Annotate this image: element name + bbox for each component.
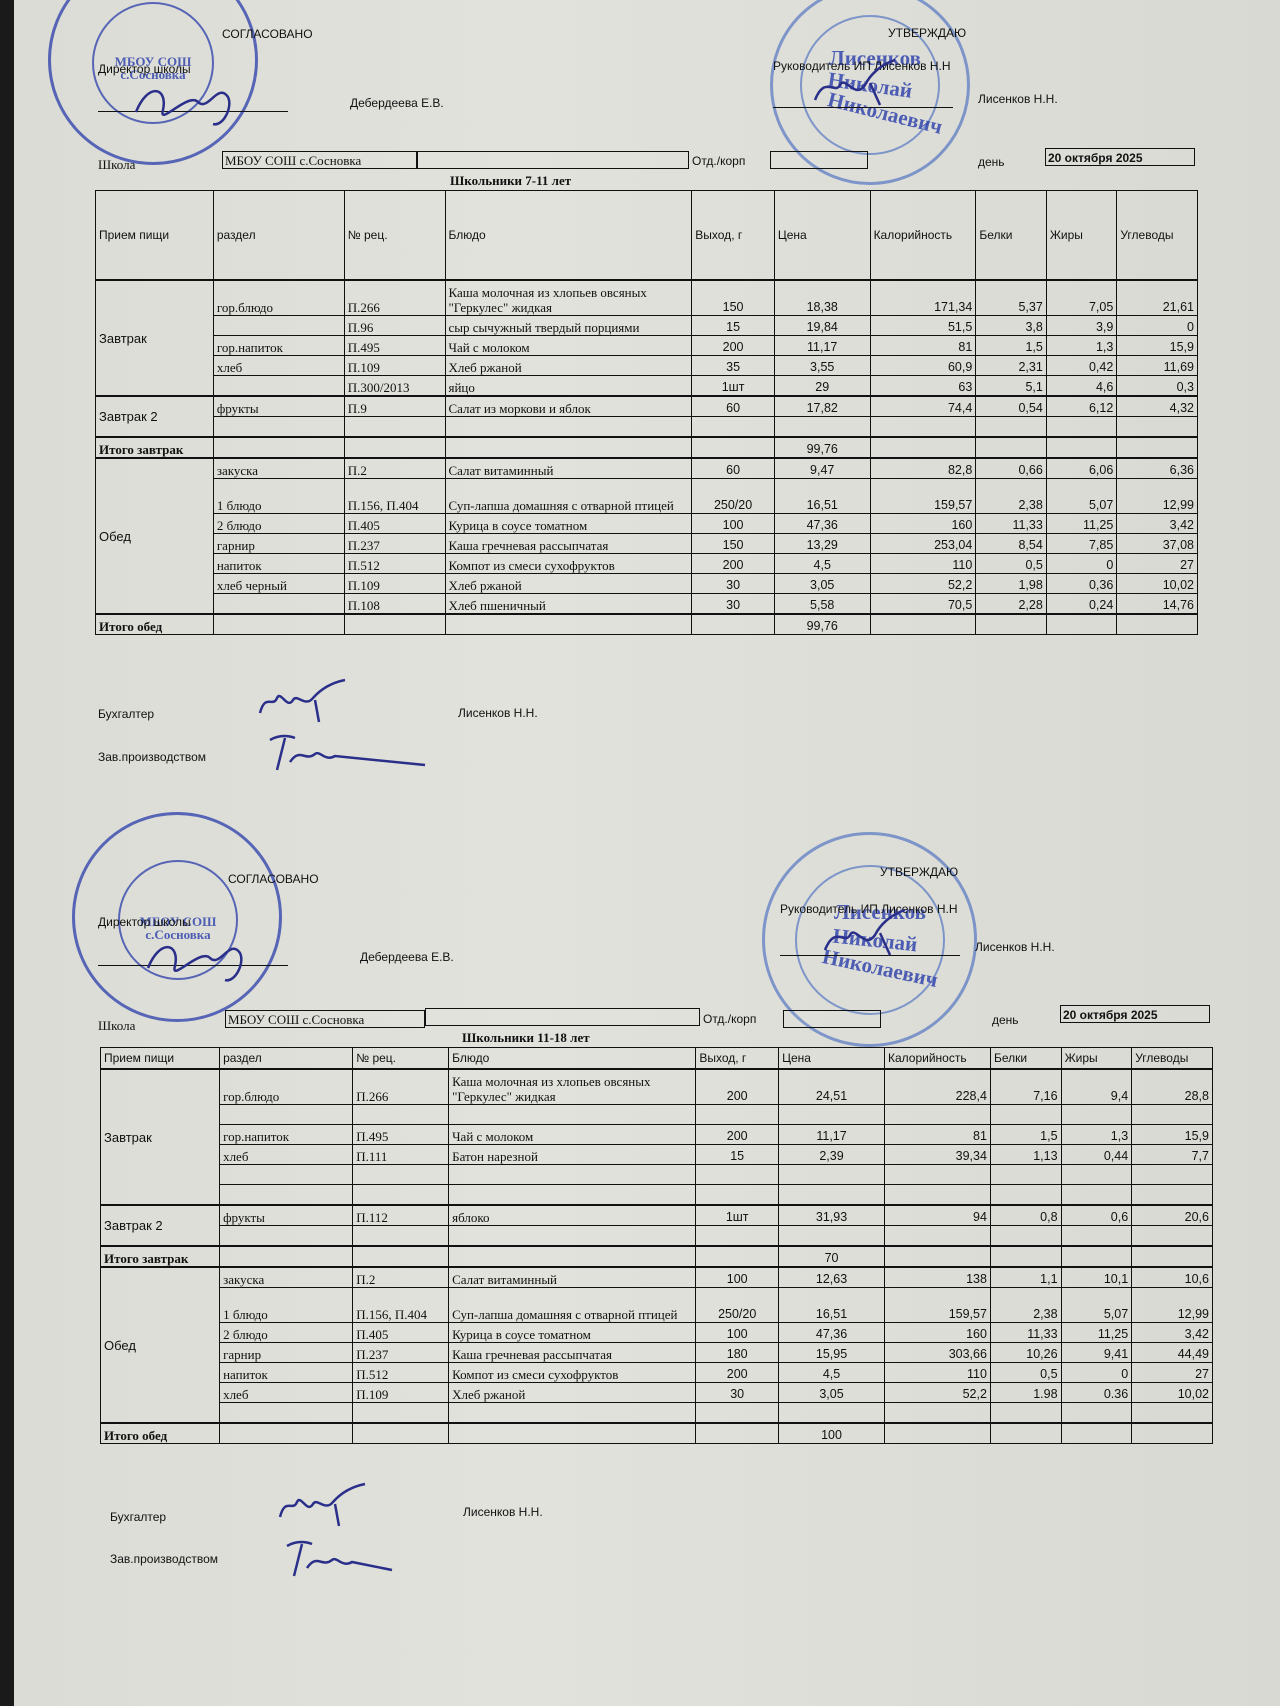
total-label: Итого обед (96, 614, 214, 635)
section-cell: хлеб (220, 1383, 353, 1403)
section-cell (220, 1226, 353, 1247)
calories-cell: 52,2 (885, 1383, 991, 1403)
fat-cell: 11,25 (1061, 1323, 1132, 1343)
recipe-cell: П.266 (353, 1069, 449, 1105)
recipe-cell: П.2 (353, 1267, 449, 1288)
approval-right-name: Лисенков Н.Н. (978, 92, 1058, 106)
approval-left-name: Дебердеева Е.В. (350, 96, 444, 110)
school-field: МБОУ СОШ с.Сосновка (222, 151, 417, 169)
calories-cell: 159,57 (885, 1288, 991, 1323)
calories-cell: 51,5 (870, 316, 976, 336)
calories-cell: 82,8 (870, 458, 976, 479)
empty-cell (990, 1246, 1061, 1267)
table-row: П.108Хлеб пшеничный305,5870,52,280,2414,… (96, 594, 1198, 615)
approval-left-title: СОГЛАСОВАНО (228, 872, 319, 886)
dish-cell: Батон нарезной (449, 1145, 696, 1165)
yield-cell: 1шт (692, 376, 775, 397)
yield-cell: 180 (696, 1343, 779, 1363)
empty-cell (1061, 1246, 1132, 1267)
empty-cell (1117, 614, 1198, 635)
menu-table: Прием пищираздел№ рец.БлюдоВыход, гЦенаК… (95, 190, 1198, 635)
total-row: Итого завтрак70 (101, 1246, 1213, 1267)
fat-cell: 4,6 (1046, 376, 1117, 397)
yield-cell: 100 (696, 1323, 779, 1343)
table-row: хлебП.109Хлеб ржаной303,0552,21.980.3610… (101, 1383, 1213, 1403)
carbs-cell: 0,3 (1117, 376, 1198, 397)
calories-cell: 81 (870, 336, 976, 356)
dish-cell: Хлеб ржаной (445, 356, 692, 376)
fat-cell: 1,3 (1046, 336, 1117, 356)
carbs-cell: 27 (1117, 554, 1198, 574)
recipe-cell: П.9 (344, 396, 445, 417)
yield-cell: 60 (692, 458, 775, 479)
carbs-cell: 27 (1132, 1363, 1213, 1383)
empty-cell (445, 437, 692, 458)
calories-cell: 39,34 (885, 1145, 991, 1165)
protein-cell: 5,1 (976, 376, 1047, 397)
recipe-cell: П.300/2013 (344, 376, 445, 397)
table-row: хлебП.111Батон нарезной152,3939,341,130,… (101, 1145, 1213, 1165)
empty-cell (1046, 614, 1117, 635)
calories-cell: 94 (885, 1205, 991, 1226)
section-cell (220, 1105, 353, 1125)
section-cell: фрукты (220, 1205, 353, 1226)
empty-cell (1132, 1246, 1213, 1267)
section-cell: хлеб (213, 356, 344, 376)
accountant-label: Бухгалтер (98, 707, 154, 721)
dish-cell: Хлеб пшеничный (445, 594, 692, 615)
price-cell: 47,36 (779, 1323, 885, 1343)
carbs-cell: 11,69 (1117, 356, 1198, 376)
approval-left-role: Директор школы (98, 915, 191, 929)
school-field: МБОУ СОШ с.Сосновка (225, 1010, 425, 1028)
protein-cell: 0,66 (976, 458, 1047, 479)
price-cell: 24,51 (779, 1069, 885, 1105)
table-row (96, 417, 1198, 438)
total-price: 99,76 (774, 437, 870, 458)
meal-cell: Завтрак 2 (101, 1205, 220, 1246)
calories-cell (885, 1403, 991, 1424)
table-header-row: Прием пищираздел№ рец.БлюдоВыход, гЦенаК… (101, 1048, 1213, 1070)
section-cell: напиток (213, 554, 344, 574)
dish-cell: Каша молочная из хлопьев овсяных "Геркул… (445, 280, 692, 316)
price-cell: 31,93 (779, 1205, 885, 1226)
yield-cell: 150 (692, 280, 775, 316)
calories-cell: 110 (870, 554, 976, 574)
calories-cell: 52,2 (870, 574, 976, 594)
fat-cell: 11,25 (1046, 514, 1117, 534)
carbs-cell: 4,32 (1117, 396, 1198, 417)
menu-table: Прием пищираздел№ рец.БлюдоВыход, гЦенаК… (100, 1047, 1213, 1444)
protein-cell: 1,5 (990, 1125, 1061, 1145)
approval-right-title: УТВЕРЖДАЮ (880, 865, 958, 879)
calories-cell: 253,04 (870, 534, 976, 554)
table-row: П.300/2013яйцо1шт29635,14,60,3 (96, 376, 1198, 397)
school-label: Школа (98, 157, 135, 173)
table-row: Завтракгор.блюдоП.266Каша молочная из хл… (101, 1069, 1213, 1105)
column-header: раздел (213, 191, 344, 281)
column-header: № рец. (353, 1048, 449, 1070)
price-cell: 29 (774, 376, 870, 397)
column-header: Калорийность (870, 191, 976, 281)
ip-signature-icon (810, 55, 910, 115)
recipe-cell: П.266 (344, 280, 445, 316)
section-cell (213, 376, 344, 397)
carbs-cell: 37,08 (1117, 534, 1198, 554)
yield-cell: 30 (696, 1383, 779, 1403)
protein-cell: 8,54 (976, 534, 1047, 554)
carbs-cell: 21,61 (1117, 280, 1198, 316)
protein-cell (990, 1165, 1061, 1185)
protein-cell: 1,1 (990, 1267, 1061, 1288)
table-row: ОбедзакускаП.2Салат витаминный10012,6313… (101, 1267, 1213, 1288)
accountant-signature-icon (255, 678, 355, 723)
yield-cell: 15 (696, 1145, 779, 1165)
column-header: Цена (779, 1048, 885, 1070)
meal-cell: Обед (101, 1267, 220, 1423)
carbs-cell (1132, 1165, 1213, 1185)
fat-cell: 0,24 (1046, 594, 1117, 615)
section-cell (220, 1185, 353, 1206)
dish-cell: Каша гречневая рассыпчатая (445, 534, 692, 554)
price-cell (774, 417, 870, 438)
calories-cell: 160 (870, 514, 976, 534)
fat-cell (1061, 1185, 1132, 1206)
production-label: Зав.производством (110, 1552, 218, 1566)
fat-cell: 9,4 (1061, 1069, 1132, 1105)
protein-cell (990, 1185, 1061, 1206)
carbs-cell: 3,42 (1117, 514, 1198, 534)
school-extra-field (417, 151, 689, 169)
fat-cell: 0,42 (1046, 356, 1117, 376)
protein-cell: 1,5 (976, 336, 1047, 356)
yield-cell (696, 1105, 779, 1125)
director-signature-icon (128, 72, 248, 132)
section-cell: напиток (220, 1363, 353, 1383)
fat-cell: 7,85 (1046, 534, 1117, 554)
empty-cell (990, 1423, 1061, 1444)
fat-cell (1061, 1403, 1132, 1424)
price-cell: 3,05 (774, 574, 870, 594)
accountant-label: Бухгалтер (110, 1510, 166, 1524)
yield-cell: 200 (692, 336, 775, 356)
table-row (101, 1185, 1213, 1206)
section-cell: 2 блюдо (213, 514, 344, 534)
recipe-cell: П.112 (353, 1205, 449, 1226)
yield-cell (696, 1403, 779, 1424)
column-header: Жиры (1046, 191, 1117, 281)
carbs-cell: 15,9 (1117, 336, 1198, 356)
fat-cell: 1,3 (1061, 1125, 1132, 1145)
approval-right-title: УТВЕРЖДАЮ (888, 26, 966, 40)
recipe-cell: П.2 (344, 458, 445, 479)
section-cell (213, 316, 344, 336)
protein-cell: 1,13 (990, 1145, 1061, 1165)
protein-cell: 1.98 (990, 1383, 1061, 1403)
column-header: Жиры (1061, 1048, 1132, 1070)
table-row: гарнирП.237Каша гречневая рассыпчатая150… (96, 534, 1198, 554)
protein-cell: 2,28 (976, 594, 1047, 615)
recipe-cell: П.495 (353, 1125, 449, 1145)
empty-cell (1061, 1423, 1132, 1444)
table-row: 1 блюдоП.156, П.404Суп-лапша домашняя с … (96, 479, 1198, 514)
meal-cell: Завтрак 2 (96, 396, 214, 437)
column-header: Прием пищи (96, 191, 214, 281)
carbs-cell (1132, 1226, 1213, 1247)
section-cell: закуска (213, 458, 344, 479)
approval-left-name: Дебердеева Е.В. (360, 950, 454, 964)
carbs-cell (1117, 417, 1198, 438)
yield-cell: 150 (692, 534, 775, 554)
table-row: П.96сыр сычужный твердый порциями1519,84… (96, 316, 1198, 336)
price-cell: 5,58 (774, 594, 870, 615)
empty-cell (870, 614, 976, 635)
table-row: Завтрак 2фруктыП.9Салат из моркови и ябл… (96, 396, 1198, 417)
protein-cell (990, 1105, 1061, 1125)
price-cell: 16,51 (774, 479, 870, 514)
table-row: Завтракгор.блюдоП.266Каша молочная из хл… (96, 280, 1198, 316)
total-price: 99,76 (774, 614, 870, 635)
carbs-cell: 0 (1117, 316, 1198, 336)
fat-cell (1046, 417, 1117, 438)
carbs-cell: 10,02 (1132, 1383, 1213, 1403)
empty-cell (1117, 437, 1198, 458)
fat-cell: 0 (1046, 554, 1117, 574)
fat-cell: 0,44 (1061, 1145, 1132, 1165)
section-cell: 1 блюдо (213, 479, 344, 514)
table-row: гарнирП.237Каша гречневая рассыпчатая180… (101, 1343, 1213, 1363)
total-row: Итого завтрак99,76 (96, 437, 1198, 458)
table-row: 2 блюдоП.405Курица в соусе томатном10047… (96, 514, 1198, 534)
calories-cell: 81 (885, 1125, 991, 1145)
empty-cell (696, 1423, 779, 1444)
yield-cell: 250/20 (692, 479, 775, 514)
section-cell: 1 блюдо (220, 1288, 353, 1323)
dish-cell (449, 1403, 696, 1424)
column-header: Белки (976, 191, 1047, 281)
carbs-cell: 28,8 (1132, 1069, 1213, 1105)
recipe-cell: П.109 (344, 574, 445, 594)
calories-cell: 70,5 (870, 594, 976, 615)
calories-cell: 160 (885, 1323, 991, 1343)
section-cell: гор.напиток (220, 1125, 353, 1145)
table-row (101, 1105, 1213, 1125)
dish-cell: Хлеб ржаной (445, 574, 692, 594)
section-cell: фрукты (213, 396, 344, 417)
fat-cell (1061, 1165, 1132, 1185)
dish-cell: Чай с молоком (449, 1125, 696, 1145)
school-label: Школа (98, 1018, 135, 1034)
table-row (101, 1226, 1213, 1247)
empty-cell (692, 437, 775, 458)
yield-cell: 100 (696, 1267, 779, 1288)
calories-cell: 159,57 (870, 479, 976, 514)
fat-cell: 5,07 (1061, 1288, 1132, 1323)
dish-cell: Салат витаминный (449, 1267, 696, 1288)
price-cell: 16,51 (779, 1288, 885, 1323)
dish-cell: Каша молочная из хлопьев овсяных "Геркул… (449, 1069, 696, 1105)
column-header: Выход, г (692, 191, 775, 281)
production-signature-icon (282, 1538, 402, 1578)
calories-cell: 171,34 (870, 280, 976, 316)
production-signature-icon (265, 732, 445, 772)
yield-cell: 200 (692, 554, 775, 574)
table-row (101, 1165, 1213, 1185)
dept-label: Отд./корп (692, 154, 745, 168)
price-cell: 9,47 (774, 458, 870, 479)
table-row: ОбедзакускаП.2Салат витаминный609,4782,8… (96, 458, 1198, 479)
dish-cell: яйцо (445, 376, 692, 397)
meal-cell: Завтрак (101, 1069, 220, 1205)
calories-cell (870, 417, 976, 438)
empty-cell (344, 614, 445, 635)
price-cell: 2,39 (779, 1145, 885, 1165)
empty-cell (353, 1423, 449, 1444)
price-cell: 47,36 (774, 514, 870, 534)
yield-cell: 250/20 (696, 1288, 779, 1323)
empty-cell (220, 1246, 353, 1267)
carbs-cell: 12,99 (1117, 479, 1198, 514)
recipe-cell (353, 1226, 449, 1247)
calories-cell: 138 (885, 1267, 991, 1288)
dish-cell: Курица в соусе томатном (445, 514, 692, 534)
price-cell: 18,38 (774, 280, 870, 316)
carbs-cell: 44,49 (1132, 1343, 1213, 1363)
empty-cell (976, 437, 1047, 458)
price-cell (779, 1105, 885, 1125)
empty-cell (1046, 437, 1117, 458)
yield-cell (696, 1226, 779, 1247)
carbs-cell (1132, 1105, 1213, 1125)
dept-label: Отд./корп (703, 1012, 756, 1026)
section-cell: хлеб (220, 1145, 353, 1165)
production-label: Зав.производством (98, 750, 206, 764)
yield-cell: 30 (692, 574, 775, 594)
table-header-row: Прием пищираздел№ рец.БлюдоВыход, гЦенаК… (96, 191, 1198, 281)
empty-cell (692, 614, 775, 635)
empty-cell (213, 614, 344, 635)
recipe-cell (353, 1185, 449, 1206)
price-cell: 11,17 (779, 1125, 885, 1145)
table-row: 1 блюдоП.156, П.404Суп-лапша домашняя с … (101, 1288, 1213, 1323)
day-label: день (992, 1013, 1019, 1027)
fat-cell: 0,36 (1046, 574, 1117, 594)
section-cell (213, 417, 344, 438)
table-row: хлебП.109Хлеб ржаной353,5560,92,310,4211… (96, 356, 1198, 376)
fat-cell: 5,07 (1046, 479, 1117, 514)
protein-cell: 3,8 (976, 316, 1047, 336)
total-price: 70 (779, 1246, 885, 1267)
protein-cell (990, 1226, 1061, 1247)
recipe-cell (344, 417, 445, 438)
table-row: напитокП.512Компот из смеси сухофруктов2… (101, 1363, 1213, 1383)
section-cell: 2 блюдо (220, 1323, 353, 1343)
yield-cell: 100 (692, 514, 775, 534)
dish-cell: Чай с молоком (445, 336, 692, 356)
dept-field (770, 151, 868, 169)
protein-cell: 10,26 (990, 1343, 1061, 1363)
protein-cell: 2,31 (976, 356, 1047, 376)
table-row: хлеб черныйП.109Хлеб ржаной303,0552,21,9… (96, 574, 1198, 594)
recipe-cell: П.111 (353, 1145, 449, 1165)
empty-cell (885, 1423, 991, 1444)
carbs-cell (1132, 1185, 1213, 1206)
protein-cell (990, 1403, 1061, 1424)
day-label: день (978, 155, 1005, 169)
price-cell: 3,05 (779, 1383, 885, 1403)
dept-field (783, 1010, 881, 1028)
accountant-name: Лисенков Н.Н. (463, 1505, 543, 1519)
price-cell: 4,5 (774, 554, 870, 574)
calories-cell: 303,66 (885, 1343, 991, 1363)
meal-cell: Завтрак (96, 280, 214, 396)
carbs-cell: 3,42 (1132, 1323, 1213, 1343)
protein-cell (976, 417, 1047, 438)
empty-cell (870, 437, 976, 458)
protein-cell: 11,33 (976, 514, 1047, 534)
empty-cell (344, 437, 445, 458)
protein-cell: 2,38 (990, 1288, 1061, 1323)
yield-cell: 60 (692, 396, 775, 417)
dish-cell: Суп-лапша домашняя с отварной птицей (449, 1288, 696, 1323)
ip-signature-icon (820, 905, 920, 965)
calories-cell: 63 (870, 376, 976, 397)
recipe-cell (353, 1403, 449, 1424)
calories-cell: 228,4 (885, 1069, 991, 1105)
total-label: Итого завтрак (101, 1246, 220, 1267)
protein-cell: 0,54 (976, 396, 1047, 417)
recipe-cell: П.495 (344, 336, 445, 356)
fat-cell: 6,12 (1046, 396, 1117, 417)
table-title: Школьники 11-18 лет (462, 1030, 590, 1046)
carbs-cell: 15,9 (1132, 1125, 1213, 1145)
table-title: Школьники 7-11 лет (450, 173, 571, 189)
yield-cell: 200 (696, 1125, 779, 1145)
dish-cell (449, 1226, 696, 1247)
column-header: Блюдо (445, 191, 692, 281)
recipe-cell: П.108 (344, 594, 445, 615)
carbs-cell: 14,76 (1117, 594, 1198, 615)
protein-cell: 5,37 (976, 280, 1047, 316)
fat-cell: 0.36 (1061, 1383, 1132, 1403)
dish-cell: яблоко (449, 1205, 696, 1226)
section-cell (220, 1165, 353, 1185)
calories-cell: 110 (885, 1363, 991, 1383)
calories-cell (885, 1185, 991, 1206)
empty-cell (885, 1246, 991, 1267)
protein-cell: 0,5 (990, 1363, 1061, 1383)
protein-cell: 0,5 (976, 554, 1047, 574)
column-header: Цена (774, 191, 870, 281)
protein-cell: 1,98 (976, 574, 1047, 594)
dish-cell: Компот из смеси сухофруктов (445, 554, 692, 574)
protein-cell: 11,33 (990, 1323, 1061, 1343)
column-header: Калорийность (885, 1048, 991, 1070)
price-cell: 19,84 (774, 316, 870, 336)
carbs-cell: 7,7 (1132, 1145, 1213, 1165)
day-field: 20 октября 2025 (1045, 148, 1195, 166)
yield-cell: 30 (692, 594, 775, 615)
table-row: гор.напитокП.495Чай с молоком20011,17811… (96, 336, 1198, 356)
fat-cell: 3,9 (1046, 316, 1117, 336)
carbs-cell: 20,6 (1132, 1205, 1213, 1226)
price-cell (779, 1403, 885, 1424)
fat-cell: 9,41 (1061, 1343, 1132, 1363)
section-cell: гарнир (213, 534, 344, 554)
dish-cell (449, 1105, 696, 1125)
recipe-cell: П.237 (344, 534, 445, 554)
recipe-cell (353, 1165, 449, 1185)
